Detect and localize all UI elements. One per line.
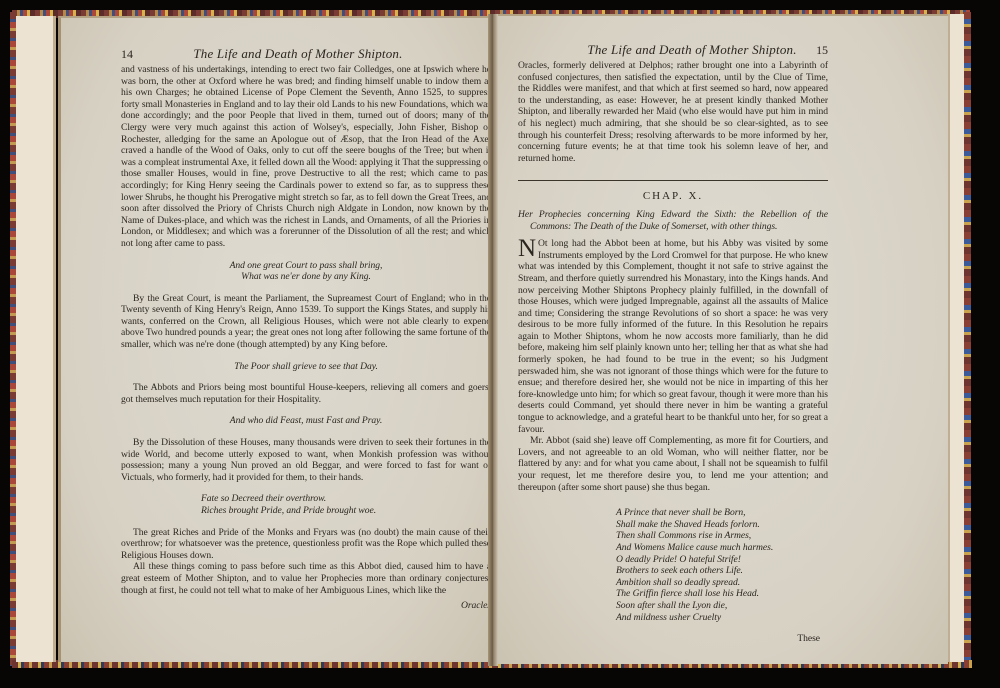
open-book: 14 The Life and Death of Mother Shipton.… (0, 0, 1000, 688)
verse-line: Shall make the Shaved Heads forlorn. (616, 519, 828, 531)
right-running-head: The Life and Death of Mother Shipton. 15 (518, 42, 828, 58)
verse-line: Riches brought Pride, and Pride brought … (201, 505, 491, 517)
verse-line: A Prince that never shall be Born, (616, 507, 828, 519)
chapter-summary: Her Prophecies concerning King Edward th… (518, 209, 828, 232)
book-gutter (488, 14, 498, 666)
verse-line: And Womens Malice cause much harmes. (616, 542, 828, 554)
paragraph: The Abbots and Priors being most bountif… (121, 382, 491, 405)
verse: The Poor shall grieve to see that Day. (121, 361, 491, 373)
catchword: These (518, 633, 820, 645)
right-endpaper (948, 14, 964, 662)
paragraph: By the Dissolution of these Houses, many… (121, 437, 491, 483)
verse-line: The Poor shall grieve to see that Day. (121, 361, 491, 373)
left-page-content: 14 The Life and Death of Mother Shipton.… (121, 46, 491, 612)
verse-line: Soon after shall the Lyon die, (616, 600, 828, 612)
right-page: The Life and Death of Mother Shipton. 15… (496, 14, 948, 664)
left-running-head: 14 The Life and Death of Mother Shipton. (121, 46, 491, 62)
verse-line: Brothers to seek each others Life. (616, 565, 828, 577)
paragraph: The great Riches and Pride of the Monks … (121, 527, 491, 562)
verse: Fate so Decreed their overthrow. Riches … (121, 493, 491, 516)
marbled-board-right-edge (963, 12, 971, 664)
verse-line: And one great Court to pass shall bring, (121, 260, 491, 272)
running-title: The Life and Death of Mother Shipton. (193, 46, 402, 62)
verse: And one great Court to pass shall bring,… (121, 260, 491, 283)
verse-line: Then shall Commons rise in Armes, (616, 530, 828, 542)
verse-line: And who did Feast, must Fast and Pray. (121, 415, 491, 427)
right-page-content: The Life and Death of Mother Shipton. 15… (518, 42, 828, 645)
chapter-heading: CHAP. X. (518, 191, 828, 203)
paragraph: By the Great Court, is meant the Parliam… (121, 293, 491, 351)
verse-line: What was ne'er done by any King. (121, 271, 491, 283)
page-number: 15 (816, 42, 828, 58)
verse-line: And mildness usher Cruelty (616, 612, 828, 624)
paragraph: Mr. Abbot (said she) leave off Complemen… (518, 435, 828, 493)
chapter-divider-rule (518, 180, 828, 181)
verse-line: Ambition shall so deadly spread. (616, 577, 828, 589)
prophecy-verse: A Prince that never shall be Born, Shall… (518, 507, 828, 623)
verse-line: Fate so Decreed their overthrow. (201, 493, 491, 505)
left-page: 14 The Life and Death of Mother Shipton.… (58, 16, 490, 662)
catchword: Oracles (121, 600, 491, 612)
verse-line: The Griffin fierce shall lose his Head. (616, 588, 828, 600)
verse-line: O deadly Pride! O hateful Strife! (616, 554, 828, 566)
paragraph: Oracles, formerly delivered at Delphos; … (518, 60, 828, 164)
paragraph: All these things coming to pass before s… (121, 561, 491, 596)
paragraph: and vastness of his undertakings, intend… (121, 64, 491, 250)
page-number: 14 (121, 46, 133, 62)
left-endpaper (16, 16, 56, 662)
verse: And who did Feast, must Fast and Pray. (121, 415, 491, 427)
chapter-first-paragraph: NOt long had the Abbot been at home, but… (518, 238, 828, 435)
running-title: The Life and Death of Mother Shipton. (587, 42, 796, 58)
